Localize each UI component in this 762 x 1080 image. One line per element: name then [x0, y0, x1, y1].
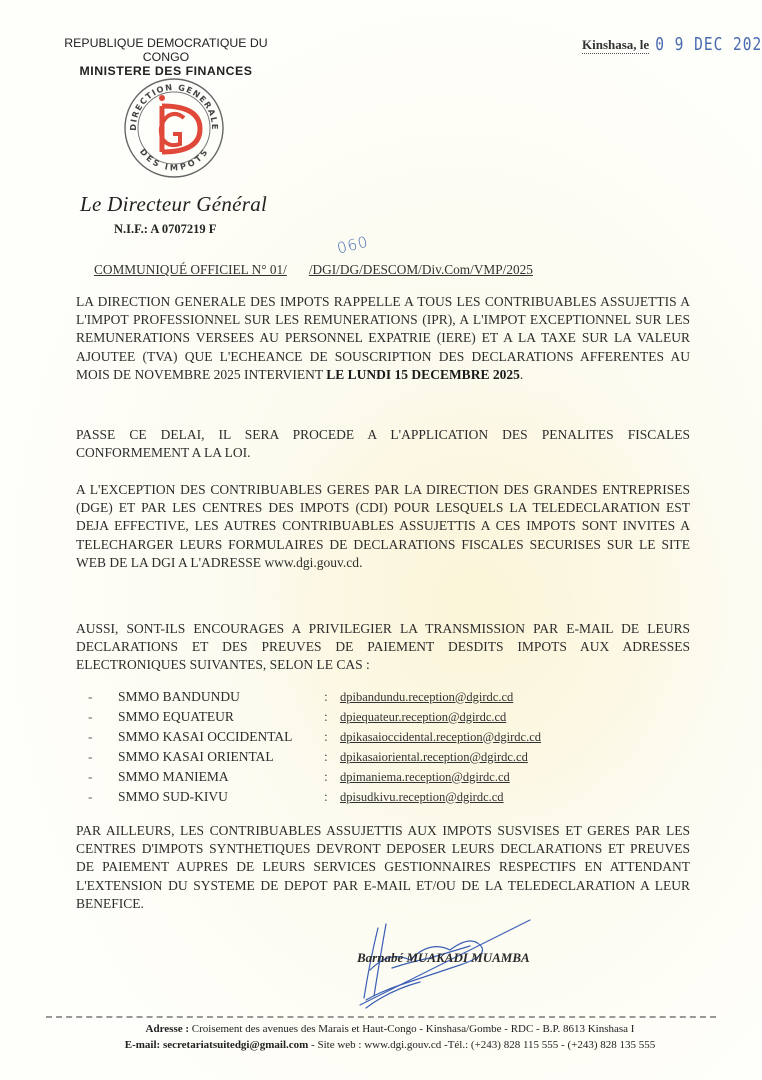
footer: Adresse : Croisement des avenues des Mar…: [40, 1021, 740, 1053]
communique-reference: COMMUNIQUÉ OFFICIEL N° 01//DGI/DG/DESCOM…: [94, 262, 533, 278]
footer-divider: [46, 1016, 716, 1018]
footer-address: Adresse : Croisement des avenues des Mar…: [40, 1021, 740, 1037]
footer-contact: E-mail: secretariatsuitedgi@gmail.com - …: [40, 1037, 740, 1053]
tax-id: N.I.F.: A 0707219 F: [114, 222, 216, 237]
country-name: REPUBLIQUE DEMOCRATIQUE DU CONGO: [40, 36, 292, 64]
address-label: Adresse :: [146, 1023, 189, 1035]
reference-prefix: COMMUNIQUÉ OFFICIEL N° 01/: [94, 262, 287, 277]
list-item: - SMMO EQUATEUR : dpiequateur.reception@…: [88, 707, 648, 727]
list-item: - SMMO KASAI OCCIDENTAL : dpikasaioccide…: [88, 727, 648, 747]
paragraph-exception-end: .: [359, 555, 362, 570]
paragraph-penalties: PASSE CE DELAI, IL SERA PROCEDE A L'APPL…: [76, 426, 690, 462]
date-stamp: 0 9 DEC 2025: [655, 35, 762, 55]
signatory-name: Barnabé MUAKADI MUAMBA: [357, 950, 530, 966]
website-link[interactable]: www.dgi.gouv.cd: [264, 555, 359, 570]
paragraph-synthetic-centres: PAR AILLEURS, LES CONTRIBUABLES ASSUJETT…: [76, 822, 690, 913]
bullet: -: [88, 769, 118, 785]
separator: :: [324, 689, 340, 705]
list-item: - SMMO SUD-KIVU : dpisudkivu.reception@d…: [88, 787, 648, 807]
handwritten-number: 060: [335, 232, 370, 257]
bullet: -: [88, 729, 118, 745]
separator: :: [324, 789, 340, 805]
paragraph-deadline-end: .: [520, 367, 523, 382]
footer-contact-text: - Site web : www.dgi.gouv.cd -Tél.: (+24…: [308, 1039, 655, 1051]
date-place: Kinshasa, le: [582, 37, 649, 54]
office-name: SMMO KASAI ORIENTAL: [118, 749, 324, 765]
email-link[interactable]: dpimaniema.reception@dgirdc.cd: [340, 770, 510, 785]
bullet: -: [88, 709, 118, 725]
paragraph-exception: A L'EXCEPTION DES CONTRIBUABLES GERES PA…: [76, 481, 690, 572]
email-link[interactable]: dpikasaioriental.reception@dgirdc.cd: [340, 750, 528, 765]
bullet: -: [88, 789, 118, 805]
address-text: Croisement des avenues des Marais et Hau…: [189, 1023, 634, 1035]
email-link[interactable]: dpisudkivu.reception@dgirdc.cd: [340, 790, 504, 805]
list-item: - SMMO BANDUNDU : dpibandundu.reception@…: [88, 687, 648, 707]
email-label: E-mail:: [125, 1039, 163, 1051]
paragraph-deadline: LA DIRECTION GENERALE DES IMPOTS RAPPELL…: [76, 293, 690, 384]
signatory-title: Le Directeur Général: [80, 192, 267, 217]
paragraph-email-transmission: AUSSI, SONT-ILS ENCOURAGES A PRIVILEGIER…: [76, 620, 690, 675]
paragraph-exception-text: A L'EXCEPTION DES CONTRIBUABLES GERES PA…: [76, 482, 690, 570]
office-name: SMMO BANDUNDU: [118, 689, 324, 705]
document-page: REPUBLIQUE DEMOCRATIQUE DU CONGO MINISTE…: [0, 0, 762, 1080]
separator: :: [324, 729, 340, 745]
office-name: SMMO SUD-KIVU: [118, 789, 324, 805]
deadline-date: LE LUNDI 15 DECEMBRE 2025: [326, 367, 520, 382]
bullet: -: [88, 689, 118, 705]
reference-suffix: /DGI/DG/DESCOM/Div.Com/VMP/2025: [309, 262, 533, 277]
office-name: SMMO MANIEMA: [118, 769, 324, 785]
bullet: -: [88, 749, 118, 765]
email-link[interactable]: dpibandundu.reception@dgirdc.cd: [340, 690, 513, 705]
email-address-list: - SMMO BANDUNDU : dpibandundu.reception@…: [88, 687, 648, 807]
email-link[interactable]: dpiequateur.reception@dgirdc.cd: [340, 710, 506, 725]
footer-email-link[interactable]: secretariatsuitedgi@gmail.com: [163, 1039, 308, 1051]
list-item: - SMMO KASAI ORIENTAL : dpikasaioriental…: [88, 747, 648, 767]
email-link[interactable]: dpikasaioccidental.reception@dgirdc.cd: [340, 730, 541, 745]
letterhead: REPUBLIQUE DEMOCRATIQUE DU CONGO MINISTE…: [40, 36, 292, 78]
office-name: SMMO EQUATEUR: [118, 709, 324, 725]
dgi-logo-icon: DIRECTION GENERALE DES IMPOTS: [120, 76, 228, 180]
list-item: - SMMO MANIEMA : dpimaniema.reception@dg…: [88, 767, 648, 787]
separator: :: [324, 749, 340, 765]
signature-block: Barnabé MUAKADI MUAMBA: [330, 910, 630, 1000]
separator: :: [324, 709, 340, 725]
separator: :: [324, 769, 340, 785]
office-name: SMMO KASAI OCCIDENTAL: [118, 729, 324, 745]
date-line: Kinshasa, le 0 9 DEC 2025: [582, 36, 762, 54]
